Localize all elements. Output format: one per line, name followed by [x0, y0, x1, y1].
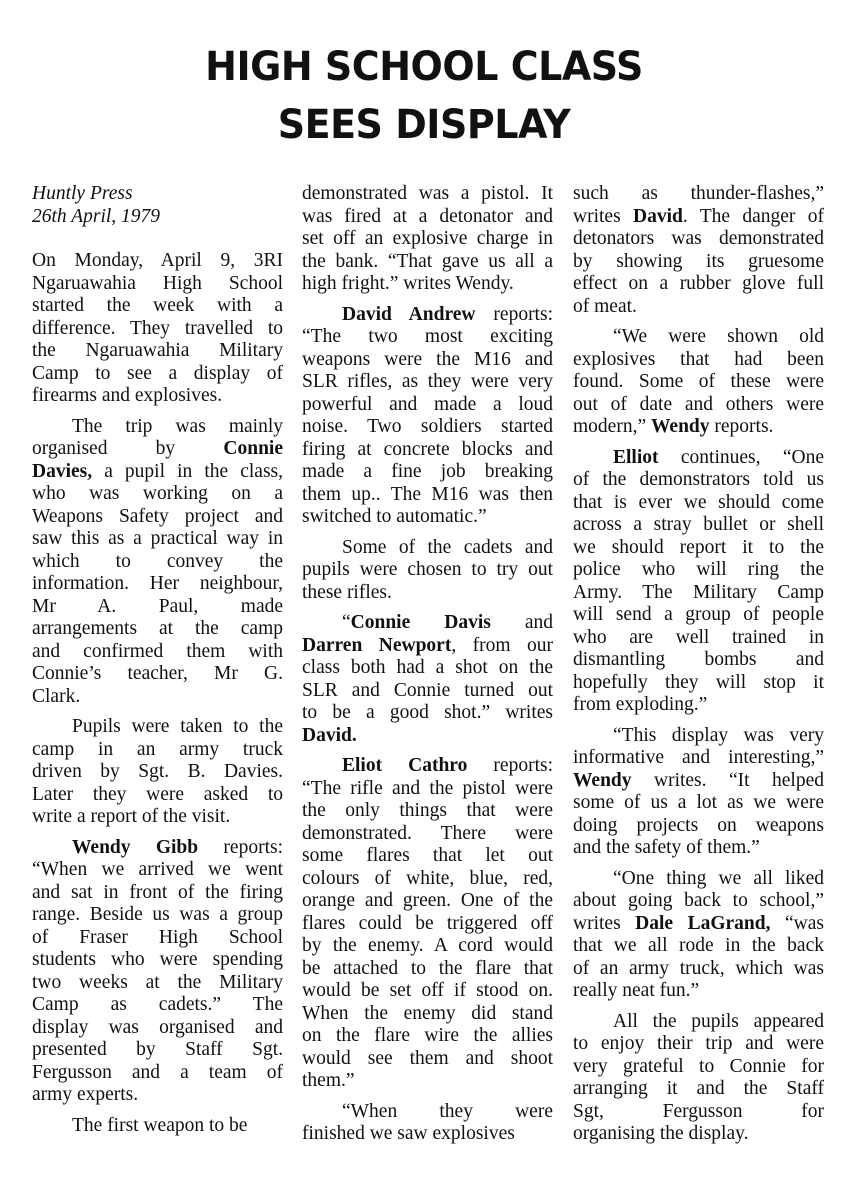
text-line: these rifles. [302, 582, 553, 605]
text-line: organising the display. [573, 1123, 824, 1146]
text-line: on the flare wire the allies [302, 1025, 553, 1048]
text-line: across a stray bullet or shell [573, 514, 824, 537]
text-line: colours of white, blue, red, [302, 868, 553, 891]
text-line: Elliot continues, “One [573, 447, 824, 470]
text-line: Eliot Cathro reports: [302, 755, 553, 778]
bold-name: David. [302, 725, 357, 746]
text-line: David. [302, 725, 553, 748]
text-line: presented by Staff Sgt. [32, 1039, 283, 1062]
bold-name: Wendy [573, 770, 632, 791]
text-line: Army. The Military Camp [573, 582, 824, 605]
column-body: On Monday, April 9, 3RINgaruawahia High … [32, 250, 283, 1137]
text-line: writes David. The danger of [573, 206, 824, 229]
text-line: Mr A. Paul, made [32, 596, 283, 619]
text-line: who are well trained in [573, 627, 824, 650]
text-line: Later they were asked to [32, 784, 283, 807]
text-line: flares could be triggered off [302, 913, 553, 936]
headline-line-1: HIGH SCHOOL CLASS [21, 38, 827, 96]
text-line: be attached to the flare that [302, 958, 553, 981]
text-line: Camp as cadets.” The [32, 994, 283, 1017]
text-line: arrangements at the camp [32, 618, 283, 641]
text-line: them.” [302, 1070, 553, 1093]
text-line: SLR rifles, as they were very [302, 371, 553, 394]
text-line: two weeks at the Military [32, 972, 283, 995]
paragraph-gap [573, 439, 824, 447]
text-line: set off an explosive charge in [302, 228, 553, 251]
text-line: some flares that let out [302, 845, 553, 868]
text-line: saw this as a practical way in [32, 528, 283, 551]
text-line: organised by Connie [32, 438, 283, 461]
text-line: hopefully they will stop it [573, 672, 824, 695]
text-line: would be set off if stood on. [302, 980, 553, 1003]
text-line: by showing its gruesome [573, 251, 824, 274]
text-line: modern,” Wendy reports. [573, 416, 824, 439]
bold-name: Elliot [613, 447, 659, 468]
text-line: Davies, a pupil in the class, [32, 461, 283, 484]
text-line: them up.. The M16 was then [302, 484, 553, 507]
headline-line-2: SEES DISPLAY [21, 96, 827, 154]
text-line: noise. Two soldiers started [302, 416, 553, 439]
text-line: David Andrew reports: [302, 304, 553, 327]
text-line: driven by Sgt. B. Davies. [32, 761, 283, 784]
text-line: switched to automatic.” [302, 506, 553, 529]
paragraph-gap [32, 408, 283, 416]
text-line: “The rifle and the pistol were [302, 778, 553, 801]
text-line: “One thing we all liked [573, 868, 824, 891]
publication-date: 26th April, 1979 [32, 206, 283, 229]
column-body: such as thunder-flashes,”writes David. T… [573, 183, 824, 1146]
paragraph-gap [302, 296, 553, 304]
publication-name: Huntly Press [32, 183, 283, 206]
paragraph-gap [302, 1093, 553, 1101]
article-paragraph: “One thing we all likedabout going back … [573, 868, 824, 1003]
paragraph-gap [573, 860, 824, 868]
article-paragraph: David Andrew reports:“The two most excit… [302, 304, 553, 529]
text-line: camp in an army truck [32, 739, 283, 762]
text-line: writes Dale LaGrand, “was [573, 913, 824, 936]
article-paragraph: “When they werefinished we saw explosive… [302, 1101, 553, 1146]
text-line: class both had a shot on the [302, 657, 553, 680]
text-line: we should report it to the [573, 537, 824, 560]
text-line: found. Some of these were [573, 371, 824, 394]
paragraph-gap [32, 708, 283, 716]
paragraph-gap [573, 318, 824, 326]
text-line: firearms and explosives. [32, 385, 283, 408]
article-column-2: demonstrated was a pistol. Itwas fired a… [302, 183, 553, 1146]
article-paragraph: “We were shown oldexplosives that had be… [573, 326, 824, 439]
bold-name: David Andrew [342, 304, 476, 325]
bold-name: Dale LaGrand, [635, 913, 770, 934]
text-line: Darren Newport, from our [302, 635, 553, 658]
article-paragraph: Elliot continues, “Oneof the demonstrato… [573, 447, 824, 717]
text-line: explosives that had been [573, 349, 824, 372]
bold-name: Connie [223, 438, 283, 459]
text-line: detonators was demonstrated [573, 228, 824, 251]
text-line: was fired at a detonator and [302, 206, 553, 229]
text-line: write a report of the visit. [32, 806, 283, 829]
text-line: Some of the cadets and [302, 537, 553, 560]
text-line: orange and green. One of the [302, 890, 553, 913]
text-line: information. Her neighbour, [32, 573, 283, 596]
text-line: would see them and shoot [302, 1048, 553, 1071]
text-line: “Connie Davis and [302, 612, 553, 635]
text-line: On Monday, April 9, 3RI [32, 250, 283, 273]
text-line: Clark. [32, 686, 283, 709]
text-line: arranging it and the Staff [573, 1078, 824, 1101]
text-line: and confirmed them with [32, 641, 283, 664]
spacer [32, 228, 283, 250]
text-line: display was organised and [32, 1017, 283, 1040]
paragraph-gap [573, 717, 824, 725]
text-line: of Fraser High School [32, 927, 283, 950]
article-paragraph: The trip was mainlyorganised by ConnieDa… [32, 416, 283, 709]
text-line: informative and interesting,” [573, 747, 824, 770]
article-column-3: such as thunder-flashes,”writes David. T… [573, 183, 824, 1146]
article-paragraph: Pupils were taken to thecamp in an army … [32, 716, 283, 829]
text-line: Weapons Safety project and [32, 506, 283, 529]
article-paragraph: “Connie Davis andDarren Newport, from ou… [302, 612, 553, 747]
text-line: Pupils were taken to the [32, 716, 283, 739]
text-line: Camp to see a display of [32, 363, 283, 386]
paragraph-gap [32, 829, 283, 837]
text-line: that we all rode in the back [573, 935, 824, 958]
text-line: from exploding.” [573, 694, 824, 717]
text-line: “The two most exciting [302, 326, 553, 349]
text-line: about going back to school,” [573, 890, 824, 913]
text-line: who was working on a [32, 483, 283, 506]
text-line: Wendy Gibb reports: [32, 837, 283, 860]
article-paragraph: The first weapon to be [32, 1115, 283, 1138]
text-line: “When we arrived we went [32, 859, 283, 882]
text-line: really neat fun.” [573, 980, 824, 1003]
article-paragraph: Wendy Gibb reports:“When we arrived we w… [32, 837, 283, 1107]
text-line: made a fine job breaking [302, 461, 553, 484]
text-line: finished we saw explosives [302, 1123, 553, 1146]
text-line: army experts. [32, 1084, 283, 1107]
text-line: out of date and others were [573, 394, 824, 417]
text-line: range. Beside us was a group [32, 904, 283, 927]
text-line: will send a group of people [573, 604, 824, 627]
text-line: Ngaruawahia High School [32, 273, 283, 296]
article-paragraph: On Monday, April 9, 3RINgaruawahia High … [32, 250, 283, 408]
text-line: which to convey the [32, 551, 283, 574]
text-line: SLR and Connie turned out [302, 680, 553, 703]
text-line: The trip was mainly [32, 416, 283, 439]
text-line: of meat. [573, 296, 824, 319]
text-line: the bank. “That gave us all a [302, 251, 553, 274]
article-headline: HIGH SCHOOL CLASS SEES DISPLAY [21, 38, 827, 154]
text-line: that is ever we should come [573, 492, 824, 515]
article-column-1: Huntly Press 26th April, 1979 On Monday,… [32, 183, 283, 1137]
text-line: students who were spending [32, 949, 283, 972]
text-line: “This display was very [573, 725, 824, 748]
bold-name: Eliot Cathro [342, 755, 467, 776]
text-line: the Ngaruawahia Military [32, 340, 283, 363]
text-line: and sat in front of the firing [32, 882, 283, 905]
text-line: to enjoy their trip and were [573, 1033, 824, 1056]
text-line: “When they were [302, 1101, 553, 1124]
paragraph-gap [302, 747, 553, 755]
text-line: the only things that were [302, 800, 553, 823]
text-line: pupils were chosen to try out [302, 559, 553, 582]
text-line: Fergusson and a team of [32, 1062, 283, 1085]
text-line: of the demonstrators told us [573, 469, 824, 492]
text-line: such as thunder-flashes,” [573, 183, 824, 206]
paragraph-gap [302, 604, 553, 612]
bold-name: Davies, [32, 461, 92, 482]
bold-name: Wendy Gibb [72, 837, 198, 858]
bold-name: David [633, 206, 683, 227]
text-line: very grateful to Connie for [573, 1056, 824, 1079]
text-line: The first weapon to be [32, 1115, 283, 1138]
bold-name: Wendy [651, 416, 710, 437]
text-line: doing projects on weapons [573, 815, 824, 838]
text-line: police who will ring the [573, 559, 824, 582]
text-line: firing at concrete blocks and [302, 439, 553, 462]
text-line: All the pupils appeared [573, 1011, 824, 1034]
bold-name: Darren Newport [302, 635, 451, 656]
article-paragraph: Eliot Cathro reports:“The rifle and the … [302, 755, 553, 1093]
paragraph-gap [573, 1003, 824, 1011]
text-line: to be a good shot.” writes [302, 702, 553, 725]
article-paragraph: All the pupils appearedto enjoy their tr… [573, 1011, 824, 1146]
article-paragraph: Some of the cadets andpupils were chosen… [302, 537, 553, 605]
article-paragraph: demonstrated was a pistol. Itwas fired a… [302, 183, 553, 296]
paragraph-gap [32, 1107, 283, 1115]
text-line: of an army truck, which was [573, 958, 824, 981]
text-line: demonstrated was a pistol. It [302, 183, 553, 206]
column-body: demonstrated was a pistol. Itwas fired a… [302, 183, 553, 1146]
bold-name: Connie Davis [351, 612, 491, 633]
article-paragraph: such as thunder-flashes,”writes David. T… [573, 183, 824, 318]
text-line: effect on a rubber glove full [573, 273, 824, 296]
text-line: “We were shown old [573, 326, 824, 349]
text-line: weapons were the M16 and [302, 349, 553, 372]
text-line: high fright.” writes Wendy. [302, 273, 553, 296]
text-line: Wendy writes. “It helped [573, 770, 824, 793]
text-line: demonstrated. There were [302, 823, 553, 846]
text-line: by the enemy. A cord would [302, 935, 553, 958]
text-line: and the safety of them.” [573, 837, 824, 860]
text-line: some of us a lot as we were [573, 792, 824, 815]
text-line: Sgt, Fergusson for [573, 1101, 824, 1124]
text-line: powerful and made a loud [302, 394, 553, 417]
paragraph-gap [302, 529, 553, 537]
text-line: difference. They travelled to [32, 318, 283, 341]
text-line: dismantling bombs and [573, 649, 824, 672]
text-line: When the enemy did stand [302, 1003, 553, 1026]
article-paragraph: “This display was veryinformative and in… [573, 725, 824, 860]
text-line: Connie’s teacher, Mr G. [32, 663, 283, 686]
text-line: started the week with a [32, 295, 283, 318]
source-credit: Huntly Press 26th April, 1979 [32, 183, 283, 228]
